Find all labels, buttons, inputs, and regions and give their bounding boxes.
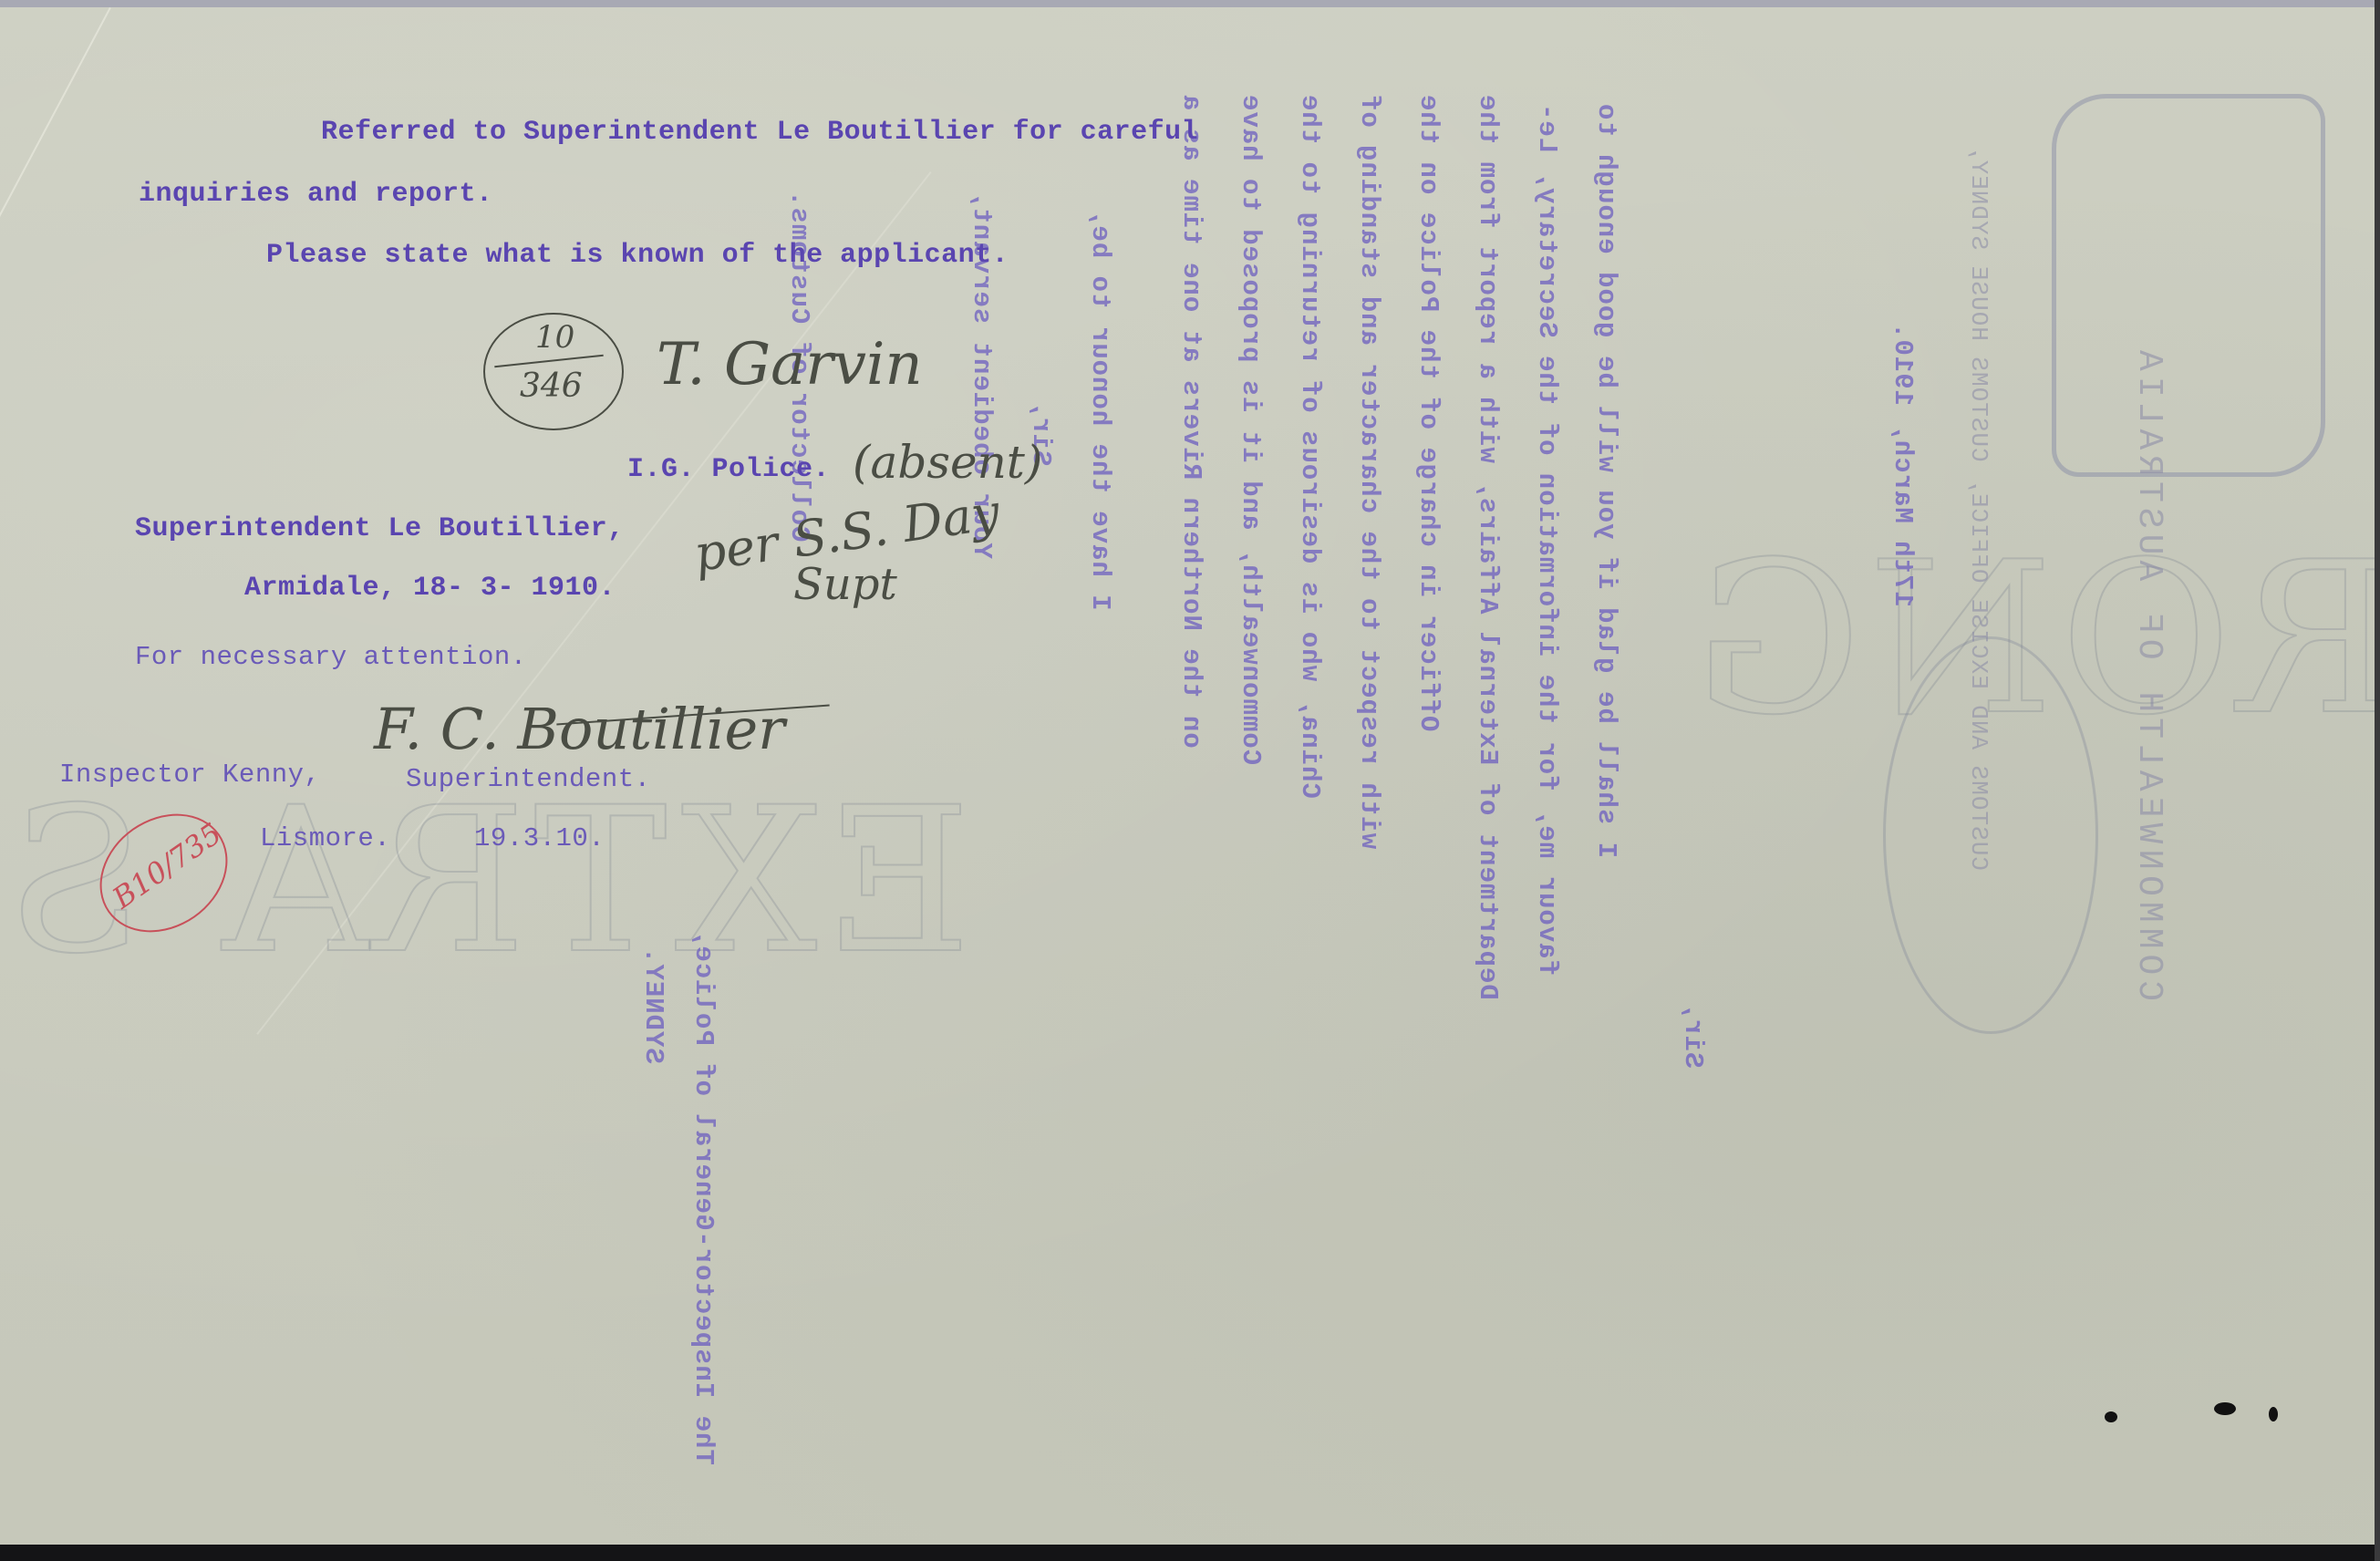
- lismore-place: Lismore.: [260, 823, 390, 853]
- reverse-body-line: I shall be glad if you will be good enou…: [1591, 103, 1621, 858]
- scan-top-edge: [0, 0, 2380, 7]
- punch-hole: [2105, 1411, 2117, 1422]
- superintendent-signature: F. C. Boutillier: [374, 696, 785, 762]
- reverse-body-line: on the Northern Rivers at one time as a: [1176, 94, 1206, 749]
- reverse-header-office: CUSTOMS AND EXCISE OFFICE, CUSTOMS HOUSE…: [1965, 144, 1992, 871]
- reverse-body-line: with respect to the character and standi…: [1354, 94, 1384, 849]
- reverse-date: 17th March, 1910.: [1888, 322, 1918, 607]
- minute-line-2: inquiries and report.: [139, 179, 493, 210]
- reference-number-bottom: 346: [520, 367, 583, 405]
- handwritten-note-supt: Supt: [793, 559, 897, 610]
- reverse-addressee: The Inspector-General of Police,: [688, 928, 719, 1465]
- minute-line-3: Please state what is known of the applic…: [266, 240, 1009, 271]
- reference-number-top: 10: [535, 319, 574, 356]
- reference-circle: 10 346: [483, 313, 624, 430]
- reverse-body-line: China, who is desirous of returning to t…: [1295, 94, 1325, 799]
- reverse-body-line: Officer in charge of the Police on the: [1413, 94, 1444, 731]
- minute-line-1: Referred to Superintendent Le Boutillier…: [321, 117, 1198, 148]
- reverse-body-line: favour me, for the information of the Se…: [1532, 103, 1562, 976]
- armidale-date: Armidale, 18- 3- 1910.: [244, 573, 616, 604]
- reverse-body-line: Department of External Affairs, with a r…: [1473, 94, 1503, 1000]
- reverse-body-line: Commonwealth, and it is proposed to have: [1236, 94, 1266, 765]
- superintendent-title: Superintendent.: [406, 764, 651, 794]
- fraction-line: [494, 355, 604, 368]
- instruction: For necessary attention.: [135, 642, 527, 672]
- reverse-closing: I have the honour to be,: [1085, 208, 1115, 611]
- addressee: Superintendent Le Boutillier,: [135, 513, 625, 544]
- reverse-header-commonwealth: COMMONWEALTH OF AUSTRALIA: [2129, 345, 2168, 1001]
- ig-signature: T. Garvin: [657, 331, 923, 398]
- reverse-addressee: SYDNEY.: [638, 946, 668, 1064]
- punch-hole: [2269, 1407, 2278, 1421]
- reverse-salutation: Sir,: [1678, 1001, 1708, 1069]
- scan-right-edge: [2375, 0, 2380, 1561]
- ig-title: I.G. Police.: [627, 454, 830, 485]
- customs-stamp-outline: [2052, 94, 2325, 477]
- punch-hole: [2214, 1402, 2236, 1415]
- paper-crease: [0, 7, 111, 218]
- scan-bottom-edge: [0, 1545, 2380, 1561]
- to-inspector: Inspector Kenny,: [59, 760, 320, 790]
- ig-annotation: (absent): [853, 436, 1042, 489]
- document-page: STRONG EXTRA S COMMONWEALTH OF AUSTRALIA…: [0, 7, 2380, 1545]
- lismore-date: 19.3.10.: [474, 823, 605, 853]
